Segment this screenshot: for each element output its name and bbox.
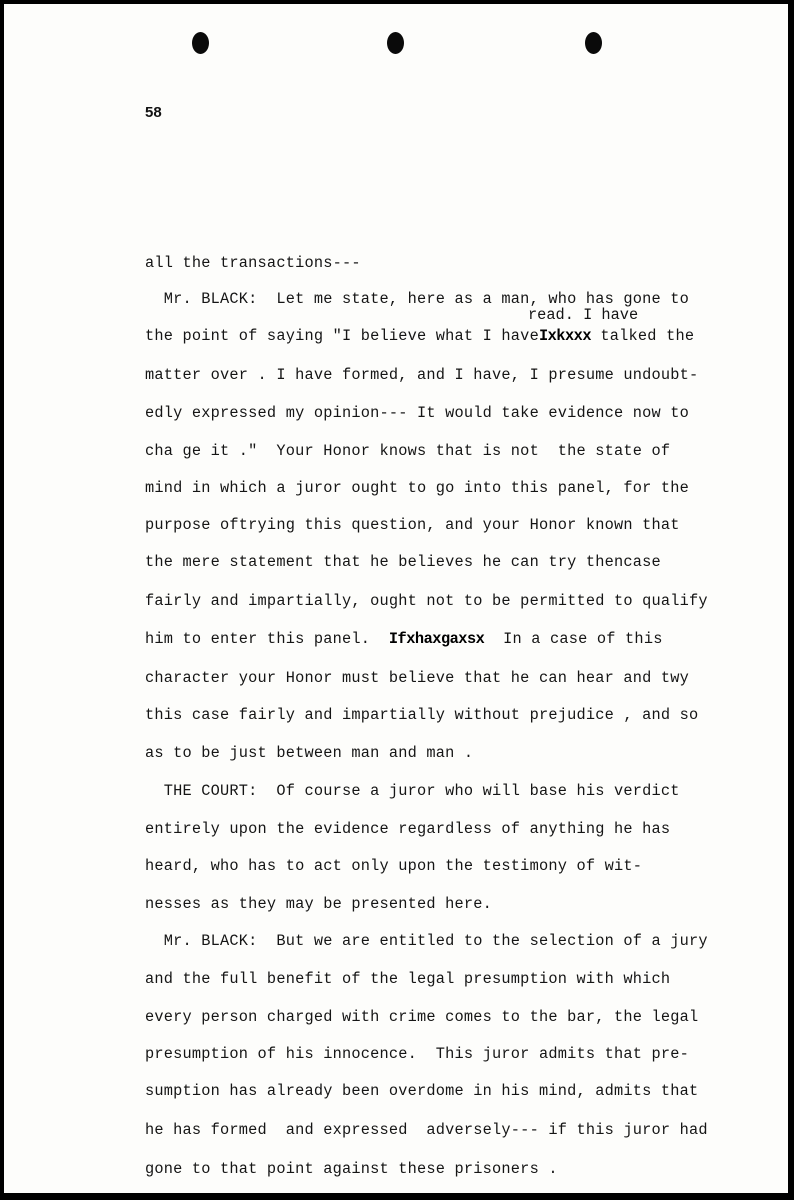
transcript-line: as to be just between man and man . (145, 744, 473, 762)
transcript-line: fairly and impartially, ought not to be … (145, 592, 708, 610)
transcript-line: the point of saying "I believe what I ha… (145, 327, 694, 345)
page-number: 58 (145, 104, 162, 121)
transcript-line: sumption has already been overdome in hi… (145, 1082, 698, 1100)
transcript-line: and the full benefit of the legal presum… (145, 970, 670, 988)
transcript-line: cha ge it ." Your Honor knows that is no… (145, 442, 670, 460)
transcript-line: all the transactions--- (145, 254, 361, 272)
transcript-line: he has formed and expressed adversely---… (145, 1121, 708, 1139)
punch-hole-center (387, 32, 404, 54)
struck-out-text: Ixkxxx (539, 327, 591, 345)
document-page: 58 read. I have all the transactions--- … (4, 4, 788, 1193)
handwritten-insertion: read. I have (528, 306, 638, 324)
transcript-line: him to enter this panel. Ifxhaxgaxsx In … (145, 630, 663, 648)
transcript-line: THE COURT: Of course a juror who will ba… (145, 782, 680, 800)
punch-hole-left (192, 32, 209, 54)
transcript-line: heard, who has to act only upon the test… (145, 857, 642, 875)
transcript-line: the mere statement that he believes he c… (145, 553, 661, 571)
transcript-line: Mr. BLACK: But we are entitled to the se… (145, 932, 708, 950)
transcript-line: nesses as they may be presented here. (145, 895, 492, 913)
punch-hole-right (585, 32, 602, 54)
transcript-line: entirely upon the evidence regardless of… (145, 820, 670, 838)
transcript-line: Mr. BLACK: Let me state, here as a man, … (145, 290, 689, 308)
transcript-line: presumption of his innocence. This juror… (145, 1045, 689, 1063)
transcript-line: purpose oftrying this question, and your… (145, 516, 680, 534)
transcript-line: gone to that point against these prisone… (145, 1160, 558, 1178)
transcript-line: this case fairly and impartially without… (145, 706, 698, 724)
transcript-line: matter over . I have formed, and I have,… (145, 366, 698, 384)
transcript-line: edly expressed my opinion--- It would ta… (145, 404, 689, 422)
struck-out-text: Ifxhaxgaxsx (389, 630, 484, 648)
transcript-line: mind in which a juror ought to go into t… (145, 479, 689, 497)
transcript-line: character your Honor must believe that h… (145, 669, 689, 687)
transcript-line: every person charged with crime comes to… (145, 1008, 698, 1026)
